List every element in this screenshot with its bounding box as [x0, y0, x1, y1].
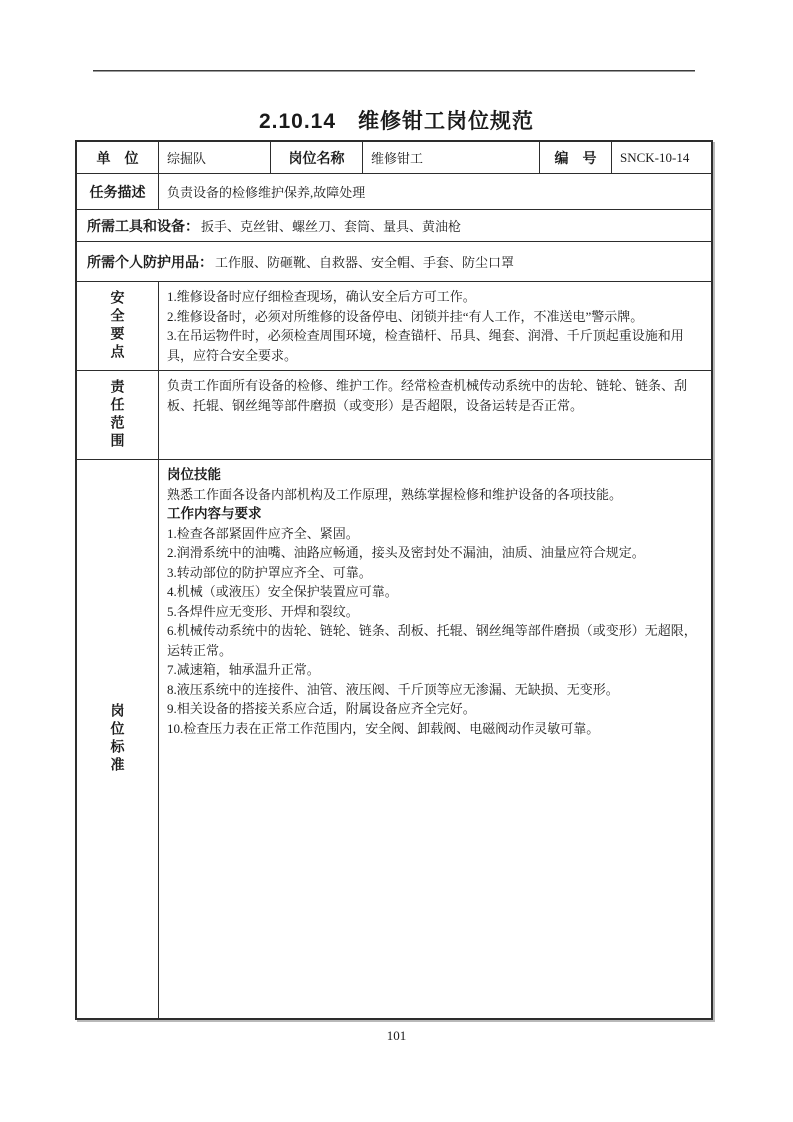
tools-cell: 所需工具和设备： 扳手、克丝钳、螺丝刀、套筒、量具、黄油枪	[77, 210, 711, 241]
responsibility-content: 负责工作面所有设备的检修、维护工作。经常检查机械传动系统中的齿轮、链轮、链条、刮…	[159, 371, 711, 459]
safety-label: 安全要点	[77, 282, 159, 370]
table-row-ppe: 所需个人防护用品： 工作服、防砸靴、自救器、安全帽、手套、防尘口罩	[77, 242, 711, 282]
page-number: 101	[0, 1028, 793, 1044]
table-row-standard: 岗位标准 岗位技能 熟悉工作面各设备内部机构及工作原理，熟练掌握检修和维护设备的…	[77, 460, 711, 1018]
standard-item: 6.机械传动系统中的齿轮、链轮、链条、刮板、托辊、钢丝绳等部件磨损（或变形）无超…	[167, 621, 703, 660]
unit-value: 综掘队	[159, 142, 271, 173]
standard-item: 1.检查各部紧固件应齐全、紧固。	[167, 524, 703, 544]
safety-item: 1.维修设备时应仔细检查现场，确认安全后方可工作。	[167, 287, 703, 307]
code-value: SNCK-10-14	[612, 142, 711, 173]
post-name-label: 岗位名称	[271, 142, 363, 173]
document-page: 2.10.14 维修钳工岗位规范 单 位 综掘队 岗位名称 维修钳工 编 号 S…	[0, 0, 793, 1122]
table-row-safety: 安全要点 1.维修设备时应仔细检查现场，确认安全后方可工作。 2.维修设备时，必…	[77, 282, 711, 371]
post-name-value: 维修钳工	[363, 142, 540, 173]
page-title: 2.10.14 维修钳工岗位规范	[0, 105, 793, 135]
skill-text: 熟悉工作面各设备内部机构及工作原理，熟练掌握检修和维护设备的各项技能。	[167, 485, 703, 505]
responsibility-label: 责任范围	[77, 371, 159, 459]
standard-item: 4.机械（或液压）安全保护装置应可靠。	[167, 582, 703, 602]
safety-content: 1.维修设备时应仔细检查现场，确认安全后方可工作。 2.维修设备时，必须对所维修…	[159, 282, 711, 370]
standard-item: 9.相关设备的搭接关系应合适，附属设备应齐全完好。	[167, 699, 703, 719]
standard-label: 岗位标准	[77, 460, 159, 1018]
content-heading: 工作内容与要求	[167, 504, 703, 524]
code-label: 编 号	[540, 142, 612, 173]
responsibility-text: 负责工作面所有设备的检修、维护工作。经常检查机械传动系统中的齿轮、链轮、链条、刮…	[167, 376, 703, 415]
table-row-task: 任务描述 负责设备的检修维护保养,故障处理	[77, 174, 711, 210]
standard-item: 2.润滑系统中的油嘴、油路应畅通，接头及密封处不漏油，油质、油量应符合规定。	[167, 543, 703, 563]
header-rule	[93, 70, 695, 72]
skill-heading: 岗位技能	[167, 465, 703, 485]
tools-value: 扳手、克丝钳、螺丝刀、套筒、量具、黄油枪	[199, 216, 461, 235]
safety-item: 3.在吊运物件时，必须检查周围环境，检查锚杆、吊具、绳套、润滑、千斤顶起重设施和…	[167, 326, 703, 365]
standard-item: 3.转动部位的防护罩应齐全、可靠。	[167, 563, 703, 583]
tools-label: 所需工具和设备：	[87, 216, 199, 236]
table-row-tools: 所需工具和设备： 扳手、克丝钳、螺丝刀、套筒、量具、黄油枪	[77, 210, 711, 242]
ppe-value: 工作服、防砸靴、自救器、安全帽、手套、防尘口罩	[213, 252, 514, 271]
task-label: 任务描述	[77, 174, 159, 209]
standard-item: 10.检查压力表在正常工作范围内，安全阀、卸载阀、电磁阀动作灵敏可靠。	[167, 719, 703, 739]
table-row-header: 单 位 综掘队 岗位名称 维修钳工 编 号 SNCK-10-14	[77, 142, 711, 174]
standard-item: 8.液压系统中的连接件、油管、液压阀、千斤顶等应无渗漏、无缺损、无变形。	[167, 680, 703, 700]
standard-item: 7.减速箱，轴承温升正常。	[167, 660, 703, 680]
unit-label: 单 位	[77, 142, 159, 173]
standard-content: 岗位技能 熟悉工作面各设备内部机构及工作原理，熟练掌握检修和维护设备的各项技能。…	[159, 460, 711, 1018]
safety-item: 2.维修设备时，必须对所维修的设备停电、闭锁并挂“有人工作，不准送电”警示牌。	[167, 307, 703, 327]
standard-item: 5.各焊件应无变形、开焊和裂纹。	[167, 602, 703, 622]
ppe-label: 所需个人防护用品：	[87, 252, 213, 272]
table-row-responsibility: 责任范围 负责工作面所有设备的检修、维护工作。经常检查机械传动系统中的齿轮、链轮…	[77, 371, 711, 460]
ppe-cell: 所需个人防护用品： 工作服、防砸靴、自救器、安全帽、手套、防尘口罩	[77, 242, 711, 281]
task-value: 负责设备的检修维护保养,故障处理	[159, 174, 711, 209]
job-spec-table: 单 位 综掘队 岗位名称 维修钳工 编 号 SNCK-10-14 任务描述 负责…	[75, 140, 713, 1020]
